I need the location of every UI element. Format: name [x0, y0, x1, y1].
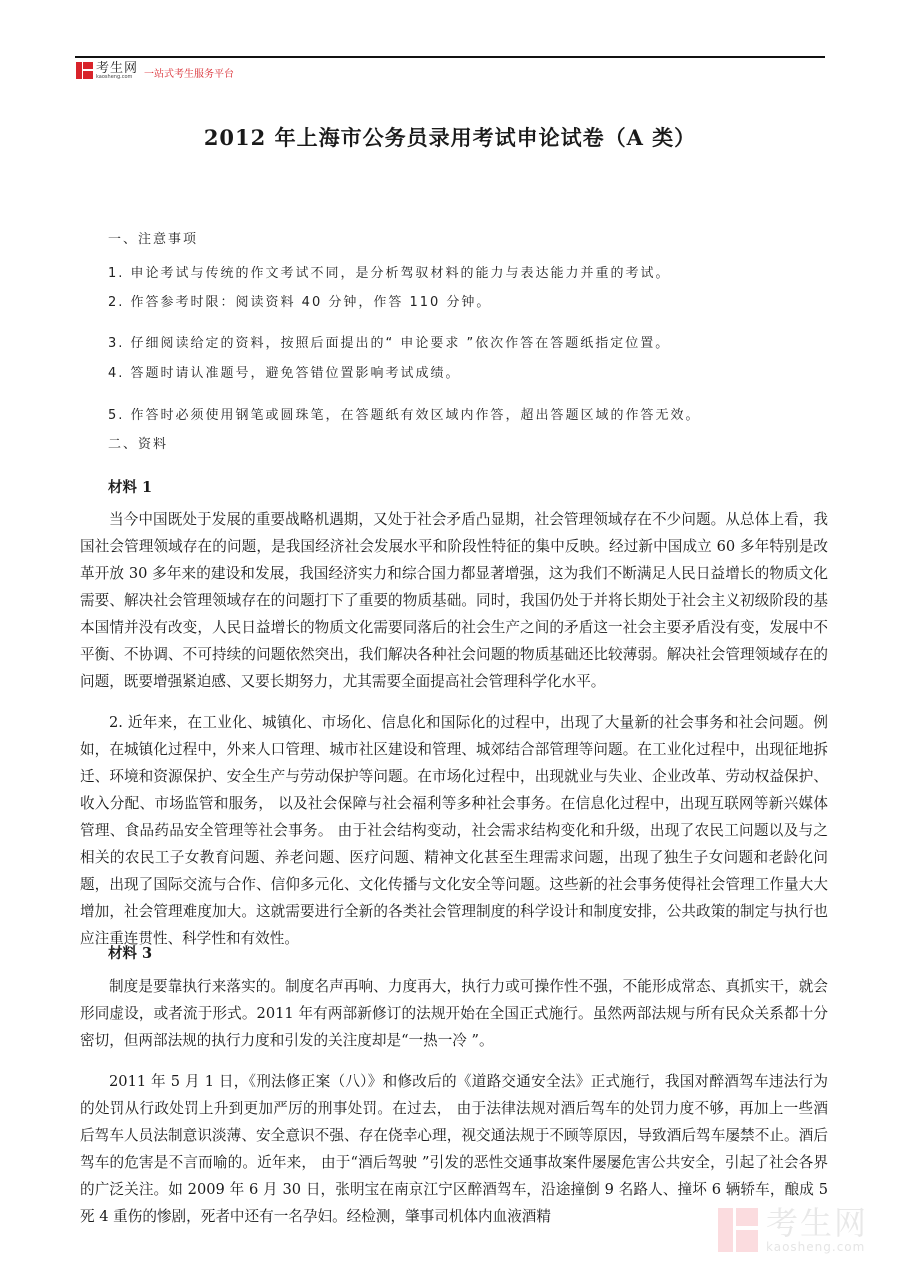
watermark-name: 考生网 — [766, 1207, 868, 1239]
site-slogan: 一站式考生服务平台 — [144, 65, 234, 80]
watermark-logo: 考生网 kaosheng.com — [718, 1207, 868, 1253]
watermark-domain: kaosheng.com — [766, 1241, 868, 1253]
note-item: 1. 申论考试与传统的作文考试不同，是分析驾驭材料的能力与表达能力并重的考试。 — [108, 262, 671, 281]
note-item: 3. 仔细阅读给定的资料，按照后面提出的“ 申论要求 ”依次作答在答题纸指定位置… — [108, 332, 670, 351]
site-logo[interactable]: 考生网 kaosheng.com 一站式考生服务平台 — [76, 61, 234, 80]
note-item: 2. 作答参考时限：阅读资料 40 分钟，作答 110 分钟。 — [108, 291, 491, 310]
notes-heading: 一、注意事项 — [108, 228, 198, 247]
material-1-title: 材料 1 — [108, 476, 152, 497]
logo-name: 考生网 — [96, 62, 138, 75]
material-3-paragraph: 2011 年 5 月 1 日，《刑法修正案（八）》和修改后的《道路交通安全法》正… — [80, 1068, 828, 1230]
kaosheng-watermark-icon — [718, 1208, 758, 1252]
material-1-paragraph: 2. 近年来，在工业化、城镇化、市场化、信息化和国际化的过程中，出现了大量新的社… — [80, 709, 828, 952]
header-rule — [75, 56, 825, 58]
note-item: 4. 答题时请认准题号，避免答错位置影响考试成绩。 — [108, 362, 461, 381]
kaosheng-logo-icon — [76, 62, 93, 79]
material-3-paragraph: 制度是要靠执行来落实的。制度名声再响、力度再大，执行力或可操作性不强，不能形成常… — [80, 973, 828, 1054]
logo-domain: kaosheng.com — [96, 75, 138, 80]
note-item: 5. 作答时必须使用钢笔或圆珠笔，在答题纸有效区域内作答，超出答题区域的作答无效… — [108, 404, 701, 423]
material-1-paragraph: 当今中国既处于发展的重要战略机遇期，又处于社会矛盾凸显期，社会管理领域存在不少问… — [80, 506, 828, 695]
material-3-title: 材料 3 — [108, 942, 152, 963]
materials-heading: 二、资料 — [108, 433, 168, 452]
document-title: 2012 年上海市公务员录用考试申论试卷（A 类） — [0, 122, 900, 152]
